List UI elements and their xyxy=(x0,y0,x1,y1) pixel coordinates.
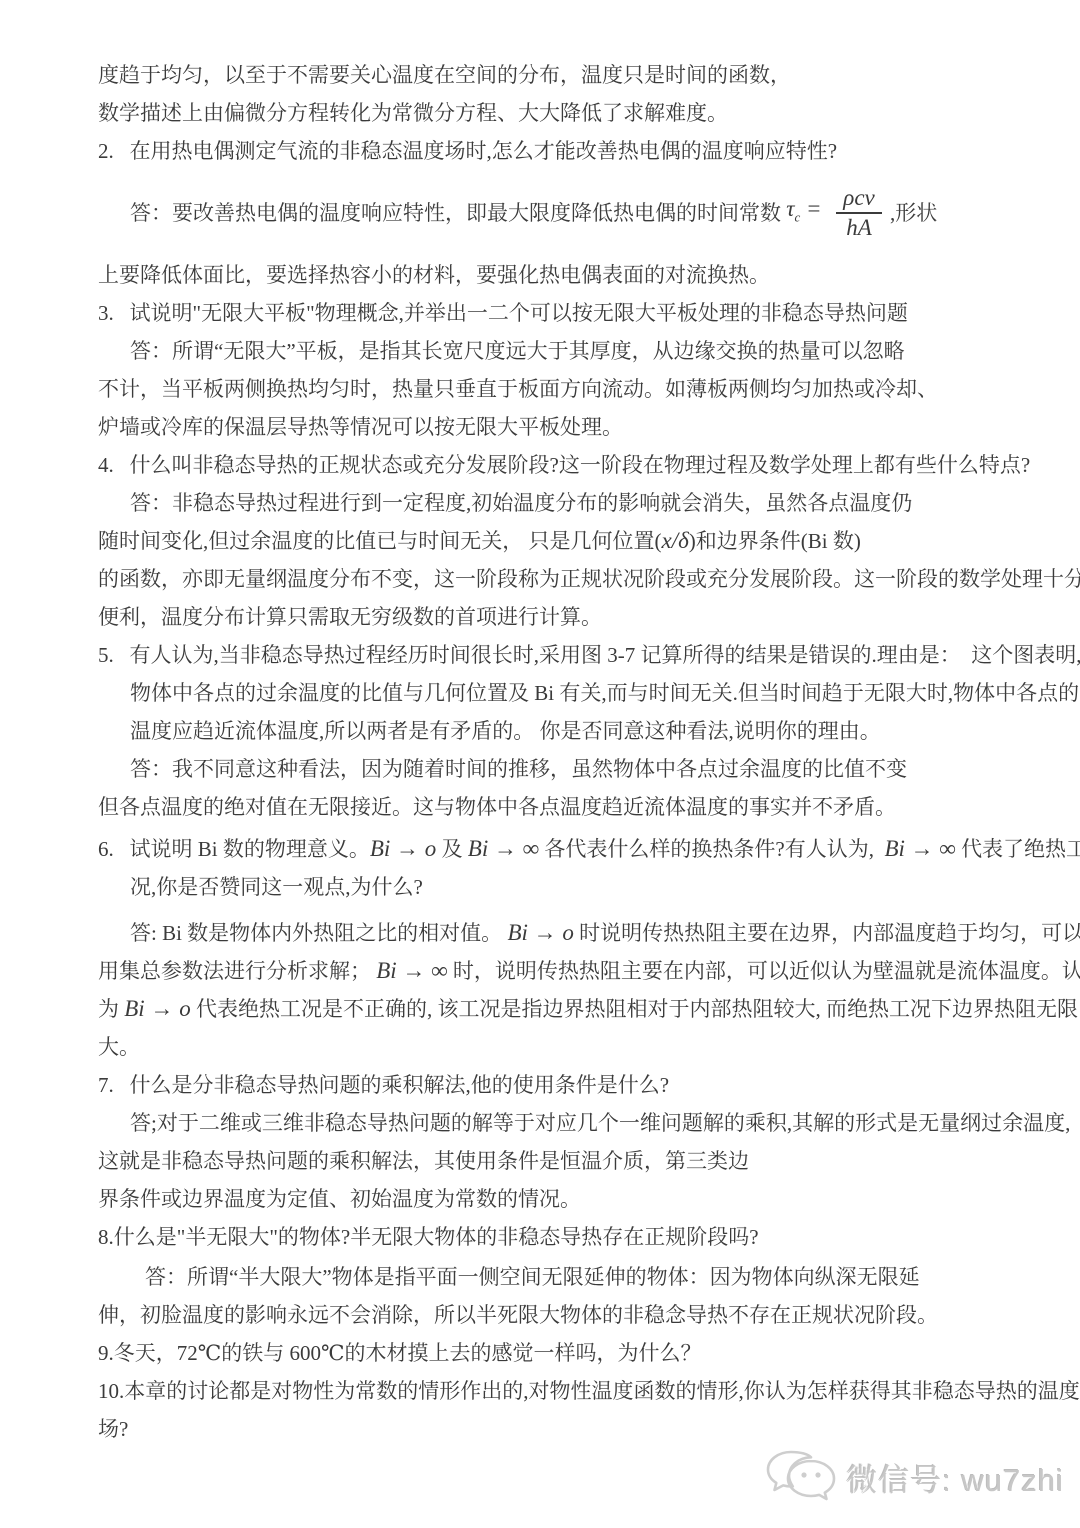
document-page: 度趋于均匀，以至于不需要关心温度在空间的分布，温度只是时间的函数，数学描述上由偏… xyxy=(0,0,1080,1528)
text-run: 及 xyxy=(436,837,468,861)
fraction: ρcvhA xyxy=(833,185,884,242)
text-run: 界条件或边界温度为定值、初始温度为常数的情况。 xyxy=(98,1187,581,1211)
text-run: 度趋于均匀，以至于不需要关心温度在空间的分布，温度只是时间的函数， xyxy=(98,63,791,87)
text-run: 4. 什么叫非稳态导热的正规状态或充分发展阶段?这一阶段在物理过程及数学处理上都… xyxy=(98,453,1030,477)
document-line: 为 Bi → o 代表绝热工况是不正确的, 该工况是指边界热阻相对于内部热阻较大… xyxy=(98,990,1068,1028)
document-line: 大。 xyxy=(98,1028,1068,1066)
document-content: 度趋于均匀，以至于不需要关心温度在空间的分布，温度只是时间的函数，数学描述上由偏… xyxy=(98,56,1068,1448)
document-line: 度趋于均匀，以至于不需要关心温度在空间的分布，温度只是时间的函数， xyxy=(98,56,1068,94)
text-run: 时说明传热热阻主要在边界，内部温度趋于均匀，可以 xyxy=(574,921,1080,945)
document-line: 但各点温度的绝对值在无限接近。这与物体中各点温度趋近流体温度的事实并不矛盾。 xyxy=(98,788,1068,826)
text-run: 为 xyxy=(98,997,124,1021)
formula-lhs: τc = xyxy=(786,190,827,237)
document-line: 2. 在用热电偶测定气流的非稳态温度场时,怎么才能改善热电偶的温度响应特性? xyxy=(98,132,1068,170)
document-line: 答：我不同意这种看法，因为随着时间的推移，虽然物体中各点过余温度的比值不变 xyxy=(98,750,1068,788)
text-run: 2. 在用热电偶测定气流的非稳态温度场时,怎么才能改善热电偶的温度响应特性? xyxy=(98,139,837,163)
text-run: 各代表什么样的换热条件?有人认为, xyxy=(539,837,884,861)
document-line: 伸，初脸温度的影响永远不会消除，所以半死限大物体的非稳念导热不存在正规状况阶段。 xyxy=(98,1296,1068,1334)
document-line: 用集总参数法进行分析求解； Bi → ∞ 时，说明传热热阻主要在内部，可以近似认… xyxy=(98,952,1068,990)
text-run: 物体中各点的过余温度的比值与几何位置及 Bi 有关,而与时间无关.但当时间趋于无… xyxy=(130,681,1079,705)
text-run: 答：所谓“半大限大”物体是指平面一侧空间无限延伸的物体：因为物体向纵深无限延 xyxy=(145,1265,920,1289)
watermark-text: 微信号: wu7zhi xyxy=(846,1455,1064,1500)
text-run: )和边界条件(Bi 数) xyxy=(689,529,861,553)
text-run: 3. 试说明"无限大平板"物理概念,并举出一二个可以按无限大平板处理的非稳态导热… xyxy=(98,301,908,325)
text-run: 代表绝热工况是不正确的, 该工况是指边界热阻相对于内部热阻较大, 而绝热工况下边… xyxy=(191,997,1078,1021)
document-line: 物体中各点的过余温度的比值与几何位置及 Bi 有关,而与时间无关.但当时间趋于无… xyxy=(98,674,1068,712)
document-line: 随时间变化,但过余温度的比值已与时间无关， 只是几何位置(x/δ)和边界条件(B… xyxy=(98,522,1068,560)
document-line: 答;对于二维或三维非稳态导热问题的解等于对应几个一维问题解的乘积,其解的形式是无… xyxy=(98,1104,1068,1142)
text-run: 场? xyxy=(98,1417,128,1441)
document-line: 5. 有人认为,当非稳态导热过程经历时间很长时,采用图 3-7 记算所得的结果是… xyxy=(98,636,1068,674)
document-line: 况,你是否赞同这一观点,为什么? xyxy=(98,868,1068,906)
document-line: 不计，当平板两侧换热均匀时，热量只垂直于板面方向流动。如薄板两侧均匀加热或冷却、 xyxy=(98,370,1068,408)
text-run: 8.什么是"半无限大"的物体?半无限大物体的非稳态导热存在正规阶段吗? xyxy=(98,1225,759,1249)
text-run: 答: Bi 数是物体内外热阻之比的相对值。 xyxy=(130,921,507,945)
inline-math: Bi → ∞ xyxy=(884,836,955,861)
document-line: 答: Bi 数是物体内外热阻之比的相对值。 Bi → o 时说明传热热阻主要在边… xyxy=(98,914,1068,952)
inline-math: Bi → o xyxy=(507,920,573,945)
document-line: 7. 什么是分非稳态导热问题的乘积解法,他的使用条件是什么? xyxy=(98,1066,1068,1104)
text-run: 大。 xyxy=(98,1035,140,1059)
inline-formula: τc = ρcvhA xyxy=(786,185,885,242)
document-line: 这就是非稳态导热问题的乘积解法，其使用条件是恒温介质，第三类边 xyxy=(98,1142,1068,1180)
text-run: 5. 有人认为,当非稳态导热过程经历时间很长时,采用图 3-7 记算所得的结果是… xyxy=(98,643,1080,667)
document-line: 的函数，亦即无量纲温度分布不变，这一阶段称为正规状况阶段或充分发展阶段。这一阶段… xyxy=(98,560,1068,598)
inline-math: Bi → o xyxy=(124,996,190,1021)
text-run: 时，说明传热热阻主要在内部，可以近似认为壁温就是流体温度。认 xyxy=(448,959,1080,983)
wechat-icon xyxy=(764,1448,838,1506)
text-run: 伸，初脸温度的影响永远不会消除，所以半死限大物体的非稳念导热不存在正规状况阶段。 xyxy=(98,1303,938,1327)
document-line: 4. 什么叫非稳态导热的正规状态或充分发展阶段?这一阶段在物理过程及数学处理上都… xyxy=(98,446,1068,484)
document-line: 答：非稳态导热过程进行到一定程度,初始温度分布的影响就会消失，虽然各点温度仍 xyxy=(98,484,1068,522)
text-run: 这就是非稳态导热问题的乘积解法，其使用条件是恒温介质，第三类边 xyxy=(98,1149,749,1173)
text-run: 数学描述上由偏微分方程转化为常微分方程、大大降低了求解难度。 xyxy=(98,101,728,125)
text-run: 用集总参数法进行分析求解； xyxy=(98,959,376,983)
document-line: 3. 试说明"无限大平板"物理概念,并举出一二个可以按无限大平板处理的非稳态导热… xyxy=(98,294,1068,332)
text-run: 答;对于二维或三维非稳态导热问题的解等于对应几个一维问题解的乘积,其解的形式是无… xyxy=(130,1111,1070,1135)
inline-math: Bi → o xyxy=(370,836,436,861)
text-run: 况,你是否赞同这一观点,为什么? xyxy=(130,875,423,899)
text-run: 但各点温度的绝对值在无限接近。这与物体中各点温度趋近流体温度的事实并不矛盾。 xyxy=(98,795,896,819)
inline-math: Bi → ∞ xyxy=(376,958,447,983)
document-line: 答：所谓“半大限大”物体是指平面一侧空间无限延伸的物体：因为物体向纵深无限延 xyxy=(98,1258,1068,1296)
inline-math: x/δ xyxy=(662,528,689,553)
document-line: 数学描述上由偏微分方程转化为常微分方程、大大降低了求解难度。 xyxy=(98,94,1068,132)
text-run: 炉墙或冷库的保温层导热等情况可以按无限大平板处理。 xyxy=(98,415,623,439)
text-run: 随时间变化,但过余温度的比值已与时间无关， 只是几何位置( xyxy=(98,529,662,553)
document-line: 炉墙或冷库的保温层导热等情况可以按无限大平板处理。 xyxy=(98,408,1068,446)
fraction-denominator: hA xyxy=(836,212,882,241)
text-run: 10.本章的讨论都是对物性为常数的情形作出的,对物性温度函数的情形,你认为怎样获… xyxy=(98,1379,1080,1403)
document-line: 答：要改善热电偶的温度响应特性，即最大限度降低热电偶的时间常数 τc = ρcv… xyxy=(98,170,1068,256)
text-run: 便利，温度分布计算只需取无穷级数的首项进行计算。 xyxy=(98,605,602,629)
document-line: 8.什么是"半无限大"的物体?半无限大物体的非稳态导热存在正规阶段吗? xyxy=(98,1218,1068,1256)
text-run: 不计，当平板两侧换热均匀时，热量只垂直于板面方向流动。如薄板两侧均匀加热或冷却、 xyxy=(98,377,938,401)
text-run: 温度应趋近流体温度,所以两者是有矛盾的。 你是否同意这种看法,说明你的理由。 xyxy=(130,719,881,743)
text-run: 答：我不同意这种看法，因为随着时间的推移，虽然物体中各点过余温度的比值不变 xyxy=(130,757,907,781)
text-run: 6. 试说明 Bi 数的物理意义。 xyxy=(98,837,370,861)
document-line: 便利，温度分布计算只需取无穷级数的首项进行计算。 xyxy=(98,598,1068,636)
inline-math: Bi → ∞ xyxy=(468,836,539,861)
document-line: 10.本章的讨论都是对物性为常数的情形作出的,对物性温度函数的情形,你认为怎样获… xyxy=(98,1372,1068,1410)
text-run: 答：要改善热电偶的温度响应特性，即最大限度降低热电偶的时间常数 xyxy=(130,194,786,232)
document-line: 界条件或边界温度为定值、初始温度为常数的情况。 xyxy=(98,1180,1068,1218)
document-line: 上要降低体面比，要选择热容小的材料，要强化热电偶表面的对流换热。 xyxy=(98,256,1068,294)
text-run: 代表了绝热工 xyxy=(956,837,1080,861)
text-run: 上要降低体面比，要选择热容小的材料，要强化热电偶表面的对流换热。 xyxy=(98,263,770,287)
document-line: 温度应趋近流体温度,所以两者是有矛盾的。 你是否同意这种看法,说明你的理由。 xyxy=(98,712,1068,750)
text-run: 9.冬天，72℃的铁与 600℃的木材摸上去的感觉一样吗，为什么？ xyxy=(98,1341,701,1365)
document-line: 答：所谓“无限大”平板，是指其长宽尺度远大于其厚度，从边缘交换的热量可以忽略 xyxy=(98,332,1068,370)
text-run: 答：非稳态导热过程进行到一定程度,初始温度分布的影响就会消失，虽然各点温度仍 xyxy=(130,491,912,515)
text-run: 答：所谓“无限大”平板，是指其长宽尺度远大于其厚度，从边缘交换的热量可以忽略 xyxy=(130,339,905,363)
text-run: 的函数，亦即无量纲温度分布不变，这一阶段称为正规状况阶段或充分发展阶段。这一阶段… xyxy=(98,567,1080,591)
document-line: 场? xyxy=(98,1410,1068,1448)
text-run: ,形状 xyxy=(885,194,938,232)
document-line: 6. 试说明 Bi 数的物理意义。Bi → o 及 Bi → ∞ 各代表什么样的… xyxy=(98,830,1068,868)
fraction-numerator: ρcv xyxy=(833,185,884,212)
text-run: 7. 什么是分非稳态导热问题的乘积解法,他的使用条件是什么? xyxy=(98,1073,669,1097)
document-line: 9.冬天，72℃的铁与 600℃的木材摸上去的感觉一样吗，为什么？ xyxy=(98,1334,1068,1372)
watermark: 微信号: wu7zhi xyxy=(764,1448,1064,1506)
